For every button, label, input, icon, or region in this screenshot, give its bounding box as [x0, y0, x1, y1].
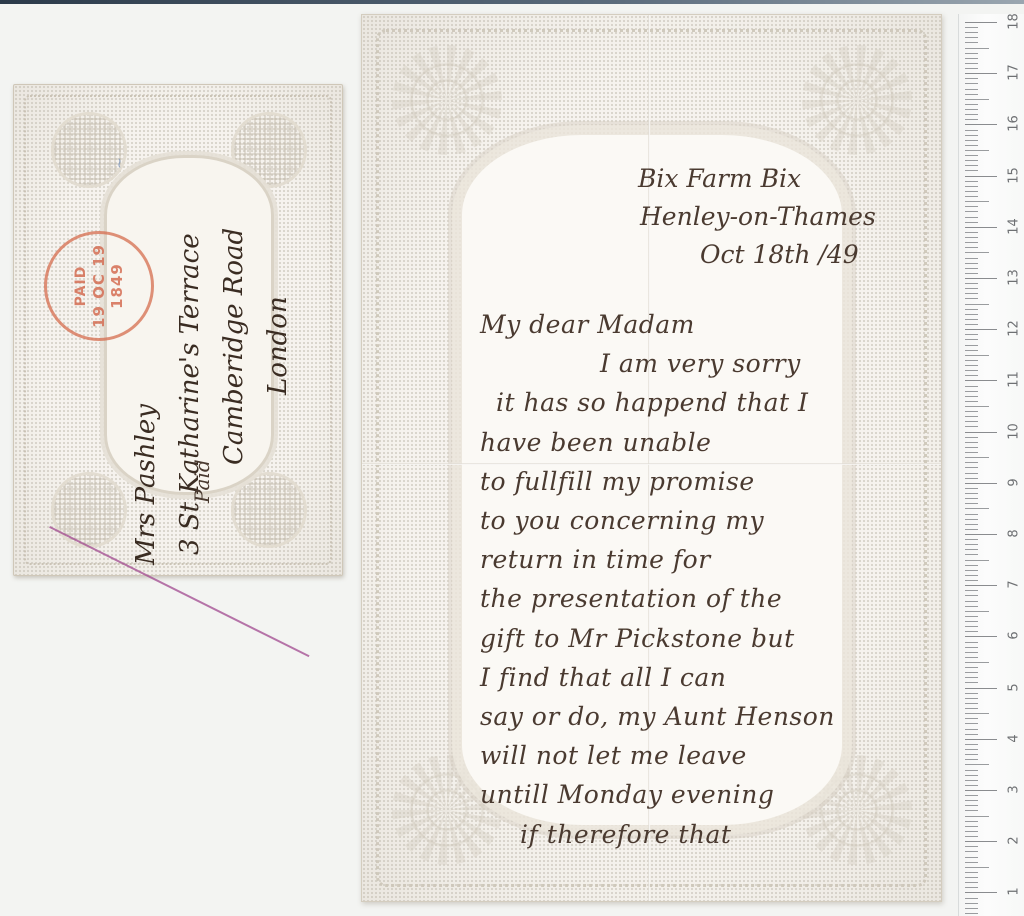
- ruler-tick: [965, 447, 978, 448]
- ruler-tick: [965, 488, 978, 489]
- ruler-tick: [965, 800, 978, 801]
- ruler-tick: [965, 27, 978, 28]
- letter-line: I am very sorry: [480, 344, 835, 383]
- ruler-tick: [965, 160, 978, 161]
- ruler-label: 11: [1007, 369, 1022, 391]
- ruler-tick: [965, 329, 997, 330]
- ruler-tick: [965, 191, 978, 192]
- ruler-tick: [965, 94, 978, 95]
- ruler-tick: [965, 570, 978, 571]
- letter-body: My dear Madam I am very sorry it has so …: [480, 305, 835, 854]
- ruler-tick: [965, 770, 978, 771]
- address-city: London: [256, 185, 300, 565]
- ruler-tick: [965, 211, 978, 212]
- ruler-tick: [965, 227, 997, 228]
- ruler-tick: [965, 780, 978, 781]
- ruler-tick: [965, 104, 978, 105]
- address-recipient: Mrs Pashley: [124, 185, 168, 565]
- ruler-tick: [965, 293, 978, 294]
- ruler-tick: [965, 201, 989, 202]
- ruler-tick: [965, 514, 978, 515]
- ruler-label: 8: [1007, 523, 1022, 545]
- address-paid-annotation: Paid: [190, 459, 214, 503]
- postmark-paid: PAID: [72, 266, 90, 307]
- envelope-address: Mrs Pashley 3 St Katharine's Terrace Cam…: [124, 185, 354, 565]
- ruler-tick: [965, 258, 978, 259]
- ruler-tick: [965, 816, 989, 817]
- ruler-tick: [965, 524, 978, 525]
- ruler-tick: [965, 99, 989, 100]
- ruler-tick: [965, 892, 997, 893]
- ruler-tick: [965, 831, 978, 832]
- ruler-tick: [965, 682, 978, 683]
- ruler-tick: [965, 42, 978, 43]
- ruler-tick: [965, 539, 978, 540]
- ruler-tick: [965, 718, 978, 719]
- ruler-label: 5: [1007, 676, 1022, 698]
- ruler-tick: [965, 657, 978, 658]
- ruler-label: 14: [1007, 215, 1022, 237]
- ruler-tick: [965, 631, 978, 632]
- ruler-label: 10: [1007, 420, 1022, 442]
- lace-flourish-icon: [54, 115, 124, 185]
- scanner-edge: [0, 0, 1024, 4]
- ruler-tick: [965, 263, 978, 264]
- letter-line: gift to Mr Pickstone but: [480, 619, 835, 658]
- ruler-label: 3: [1007, 779, 1022, 801]
- ruler-tick: [965, 754, 978, 755]
- letter-line: I find that all I can: [480, 658, 835, 697]
- ruler-label: 6: [1007, 625, 1022, 647]
- ruler-tick: [965, 350, 978, 351]
- letter-line: return in time for: [480, 540, 835, 579]
- ruler-label: 17: [1007, 62, 1022, 84]
- ruler-label: 13: [1007, 267, 1022, 289]
- ruler-tick: [965, 882, 978, 883]
- ruler-label: 18: [1007, 11, 1022, 33]
- ruler-tick: [965, 375, 978, 376]
- ruler-tick: [965, 355, 989, 356]
- ruler-tick: [965, 693, 978, 694]
- ruler-tick: [965, 560, 989, 561]
- lace-rosette-icon: [802, 45, 912, 155]
- ruler-tick: [965, 339, 978, 340]
- ruler-tick: [965, 698, 978, 699]
- ruler-tick: [965, 150, 989, 151]
- ruler-tick: [965, 396, 978, 397]
- ruler-tick: [965, 334, 978, 335]
- ruler-tick: [965, 37, 978, 38]
- ruler-tick: [965, 283, 978, 284]
- ruler-tick: [965, 616, 978, 617]
- ruler-tick: [965, 345, 978, 346]
- letter-line: to you concerning my: [480, 501, 835, 540]
- ruler-tick: [965, 595, 978, 596]
- ruler-tick: [965, 677, 978, 678]
- ruler-tick: [965, 206, 978, 207]
- ruler-tick: [965, 452, 978, 453]
- ruler-tick: [965, 401, 978, 402]
- ruler-tick: [965, 145, 978, 146]
- ruler-label: 7: [1007, 574, 1022, 596]
- ruler-tick: [965, 442, 978, 443]
- ruler-tick: [965, 467, 978, 468]
- ruler-tick: [965, 278, 997, 279]
- heading-date: Oct 18th /49: [620, 236, 876, 274]
- ruler-label: 16: [1007, 113, 1022, 135]
- ruler-tick: [965, 601, 978, 602]
- ruler-tick: [965, 360, 978, 361]
- ruler-tick: [965, 68, 978, 69]
- ruler-tick: [965, 370, 978, 371]
- address-street: 3 St Katharine's Terrace: [168, 185, 212, 565]
- ruler-tick: [965, 473, 978, 474]
- centimetre-ruler: 181716151413121110987654321: [958, 14, 1024, 916]
- lace-rosette-icon: [392, 45, 502, 155]
- ruler-tick: [965, 590, 978, 591]
- ruler-tick: [965, 386, 978, 387]
- ruler-tick: [965, 611, 989, 612]
- ruler-tick: [965, 73, 997, 74]
- ruler-tick: [965, 759, 978, 760]
- ruler-tick: [965, 734, 978, 735]
- ruler-tick: [965, 196, 978, 197]
- ruler-tick: [965, 78, 978, 79]
- ruler-tick: [965, 176, 997, 177]
- ruler-tick: [965, 529, 978, 530]
- ruler-tick: [965, 826, 978, 827]
- ruler-tick: [965, 58, 978, 59]
- ruler-tick: [965, 790, 997, 791]
- ruler-tick: [965, 713, 989, 714]
- ruler-label: 1: [1007, 881, 1022, 903]
- ruler-tick: [965, 247, 978, 248]
- ruler-tick: [965, 232, 978, 233]
- ruler-tick: [965, 63, 978, 64]
- ruler-tick: [965, 877, 978, 878]
- ruler-tick: [965, 119, 978, 120]
- ruler-tick: [965, 739, 997, 740]
- ruler-tick: [965, 217, 978, 218]
- letter-line: untill Monday evening: [480, 775, 835, 814]
- ruler-tick: [965, 22, 997, 23]
- ruler-tick: [965, 83, 978, 84]
- letter-line: say or do, my Aunt Henson: [480, 697, 835, 736]
- ruler-tick: [965, 749, 978, 750]
- heading-town: Henley-on-Thames: [620, 198, 876, 236]
- ruler-tick: [965, 857, 978, 858]
- letter-line: have been unable: [480, 423, 835, 462]
- envelope: ~ PAID 19 OC 19 1849 Mrs Pashley 3 St Ka…: [13, 84, 343, 576]
- ruler-label: 4: [1007, 727, 1022, 749]
- ruler-tick: [965, 304, 989, 305]
- ruler-tick: [965, 621, 978, 622]
- ruler-tick: [965, 124, 997, 125]
- ruler-tick: [965, 585, 997, 586]
- ruler-tick: [965, 498, 978, 499]
- ruler-tick: [965, 130, 978, 131]
- ruler-tick: [965, 636, 997, 637]
- ruler-tick: [965, 872, 978, 873]
- ruler-tick: [965, 647, 978, 648]
- ruler-tick: [965, 775, 978, 776]
- letter-line: will not let me leave: [480, 736, 835, 775]
- ruler-tick: [965, 53, 978, 54]
- ruler-tick: [965, 519, 978, 520]
- ruler-tick: [965, 242, 978, 243]
- ruler-tick: [965, 478, 978, 479]
- ruler-tick: [965, 708, 978, 709]
- ruler-tick: [965, 324, 978, 325]
- ruler-tick: [965, 32, 978, 33]
- ruler-tick: [965, 155, 978, 156]
- ruler-tick: [965, 723, 978, 724]
- ruler-tick: [965, 785, 978, 786]
- ruler-tick: [965, 273, 978, 274]
- ruler-tick: [965, 580, 978, 581]
- ruler-tick: [965, 652, 978, 653]
- ruler-tick: [965, 298, 978, 299]
- ruler-tick: [965, 903, 978, 904]
- ruler-tick: [965, 165, 978, 166]
- ruler-tick: [965, 181, 978, 182]
- ruler-tick: [965, 549, 978, 550]
- ruler-tick: [965, 416, 978, 417]
- ruler-tick: [965, 836, 978, 837]
- ruler-tick: [965, 135, 978, 136]
- letter-line: to fullfill my promise: [480, 462, 835, 501]
- letter-salutation: My dear Madam: [480, 305, 835, 344]
- heading-place: Bix Farm Bix: [620, 160, 876, 198]
- ruler-tick: [965, 493, 978, 494]
- ruler-tick: [965, 867, 989, 868]
- ruler-label: 2: [1007, 830, 1022, 852]
- ruler-tick: [965, 841, 997, 842]
- ruler-tick: [965, 288, 978, 289]
- ruler-tick: [965, 851, 978, 852]
- ruler-tick: [965, 114, 978, 115]
- ruler-tick: [965, 89, 978, 90]
- ruler-tick: [965, 437, 978, 438]
- ruler-tick: [965, 391, 978, 392]
- ruler-tick: [965, 908, 978, 909]
- ruler-tick: [965, 483, 997, 484]
- ruler-label: 9: [1007, 471, 1022, 493]
- ruler-tick: [965, 237, 978, 238]
- ruler-tick: [965, 252, 989, 253]
- ruler-tick: [965, 662, 989, 663]
- ruler-tick: [965, 821, 978, 822]
- ruler-tick: [965, 764, 989, 765]
- ruler-tick: [965, 898, 978, 899]
- ruler-tick: [965, 186, 978, 187]
- ruler-tick: [965, 846, 978, 847]
- ruler-tick: [965, 606, 978, 607]
- ruler-tick: [965, 170, 978, 171]
- ruler-tick: [965, 462, 978, 463]
- ruler-tick: [965, 426, 978, 427]
- ruler-tick: [965, 109, 978, 110]
- ruler-tick: [965, 48, 989, 49]
- ruler-tick: [965, 805, 978, 806]
- ruler-tick: [965, 626, 978, 627]
- ruler-label: 15: [1007, 164, 1022, 186]
- ruler-tick: [965, 642, 978, 643]
- ruler-tick: [965, 365, 978, 366]
- ruler-tick: [965, 672, 978, 673]
- ruler-tick: [965, 503, 978, 504]
- ruler-tick: [965, 887, 978, 888]
- ruler-tick: [965, 565, 978, 566]
- ruler-tick: [965, 268, 978, 269]
- ruler-tick: [965, 688, 997, 689]
- ruler-tick: [965, 862, 978, 863]
- ruler-tick: [965, 309, 978, 310]
- ruler-tick: [965, 554, 978, 555]
- ruler-tick: [965, 667, 978, 668]
- ruler-tick: [965, 703, 978, 704]
- ruler-tick: [965, 913, 978, 914]
- letter-line: the presentation of the: [480, 579, 835, 618]
- ruler-tick: [965, 534, 997, 535]
- ruler-tick: [965, 729, 978, 730]
- ruler-tick: [965, 421, 978, 422]
- ruler-tick: [965, 406, 989, 407]
- ruler-tick: [965, 457, 989, 458]
- ruler-tick: [965, 575, 978, 576]
- ruler-tick: [965, 140, 978, 141]
- ruler-tick: [965, 319, 978, 320]
- ruler-tick: [965, 810, 978, 811]
- letter-heading: Bix Farm Bix Henley-on-Thames Oct 18th /…: [620, 160, 876, 274]
- ruler-tick: [965, 380, 997, 381]
- ruler-label: 12: [1007, 318, 1022, 340]
- ruler-tick: [965, 544, 978, 545]
- ruler-tick: [965, 411, 978, 412]
- ruler-tick: [965, 744, 978, 745]
- letter-line: it has so happend that I: [480, 383, 835, 422]
- blue-ink-mark: ~: [112, 157, 128, 169]
- ruler-tick: [965, 314, 978, 315]
- ruler-tick: [965, 432, 997, 433]
- address-road: Camberidge Road: [212, 185, 256, 565]
- postmark-date: 19 OC 19: [90, 244, 108, 328]
- letter-line: if therefore that: [480, 815, 835, 854]
- ruler-tick: [965, 508, 989, 509]
- ruler-tick: [965, 795, 978, 796]
- ruler-tick: [965, 222, 978, 223]
